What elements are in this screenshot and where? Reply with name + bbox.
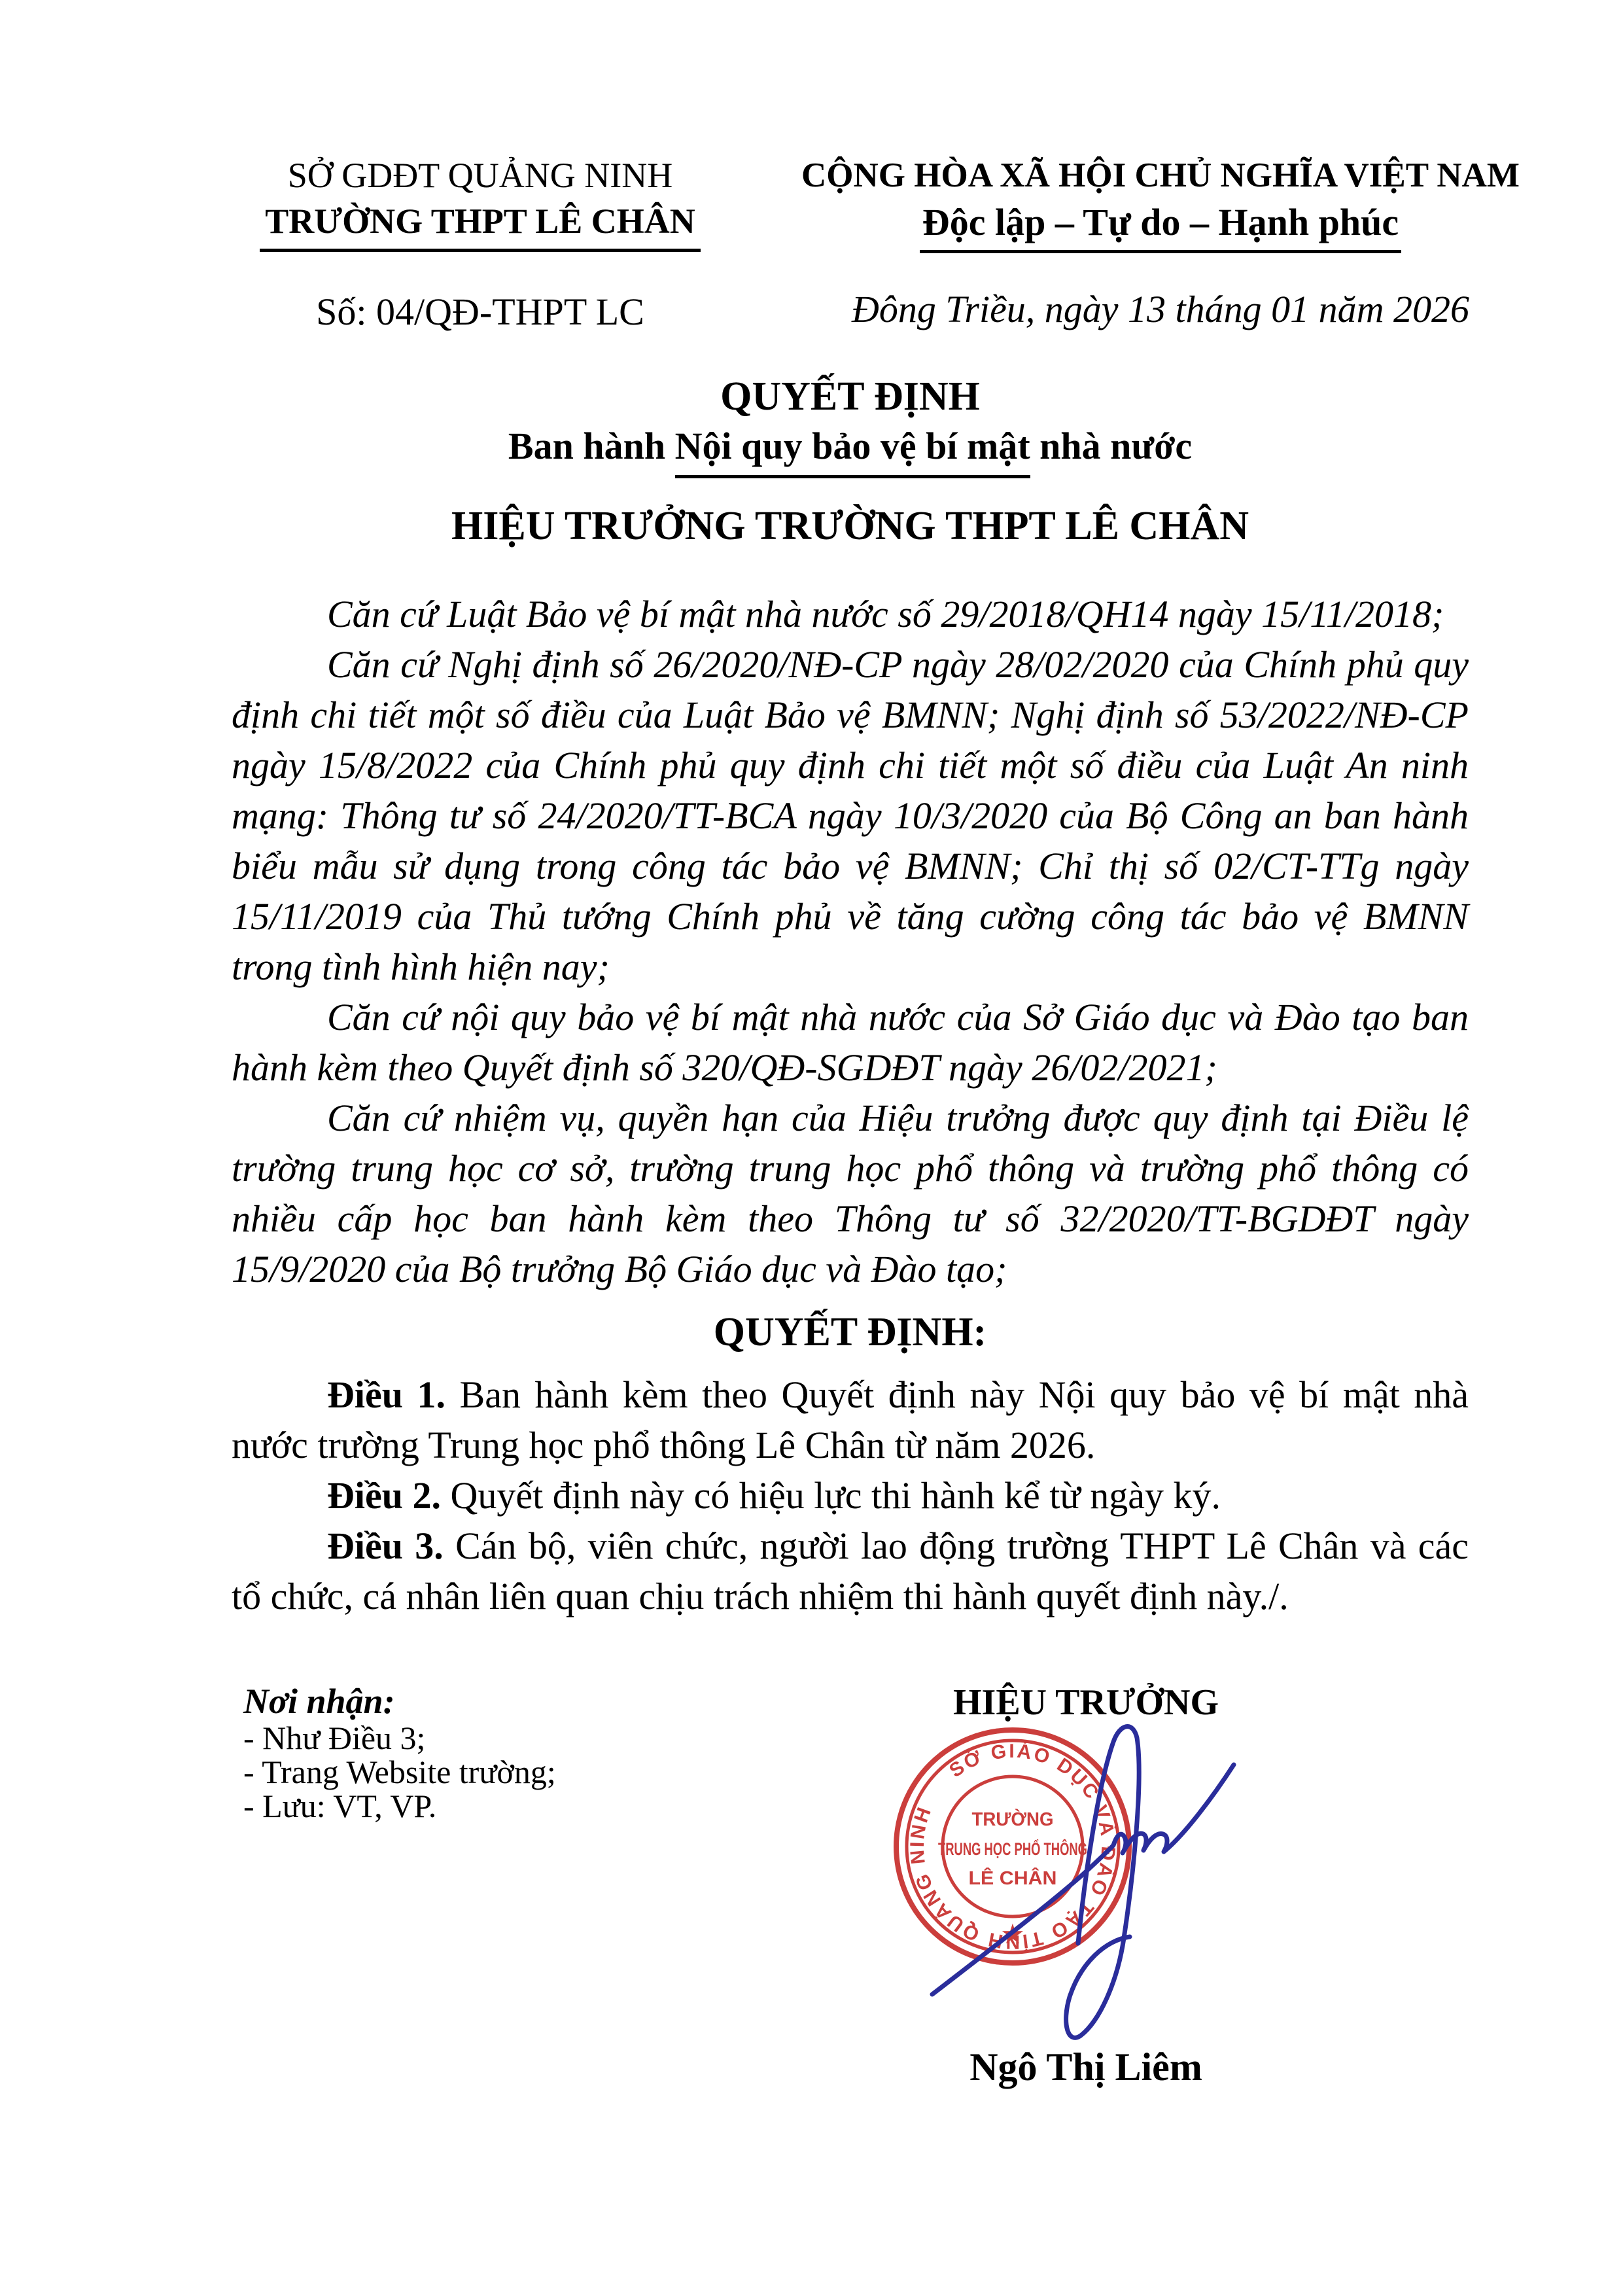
recipients-block: Nơi nhận: - Như Điều 3; - Trang Website …: [243, 1682, 556, 1823]
national-title: CỘNG HÒA XÃ HỘI CHỦ NGHĨA VIỆT NAM: [775, 154, 1546, 196]
school-org-name: TRƯỜNG THPT LÊ CHÂN: [218, 200, 742, 252]
preamble-paragraph: Căn cứ nhiệm vụ, quyền hạn của Hiệu trưở…: [232, 1093, 1469, 1294]
article-paragraph: Điều 3. Cán bộ, viên chức, người lao độn…: [232, 1521, 1469, 1621]
recipient-item: - Như Điều 3;: [243, 1721, 556, 1755]
seal-and-signature: SỞ GIÁO DỤC VÀ ĐÀO TẠO TỈNH QUẢNG NINH ★…: [811, 1682, 1400, 2100]
seal-center-line2: TRUNG HỌC PHỔ THÔNG: [938, 1839, 1087, 1859]
recipients-heading: Nơi nhận:: [243, 1682, 556, 1721]
national-motto: Độc lập – Tự do – Hạnh phúc: [775, 200, 1546, 253]
document-content: SỞ GDĐT QUẢNG NINH TRƯỜNG THPT LÊ CHÂN S…: [232, 154, 1469, 1621]
document-subject: Ban hành Nội quy bảo vệ bí mật nhà nước: [232, 423, 1469, 470]
seal-center-line1: TRƯỜNG: [972, 1808, 1054, 1830]
preamble-paragraph: Căn cứ Nghị định số 26/2020/NĐ-CP ngày 2…: [232, 639, 1469, 992]
document-page: SỞ GDĐT QUẢNG NINH TRƯỜNG THPT LÊ CHÂN S…: [0, 0, 1623, 2296]
seal-center-line3: LÊ CHÂN: [969, 1867, 1057, 1889]
article-label: Điều 1.: [327, 1373, 445, 1416]
subject-underlined: Nội quy bảo vệ bí mật: [675, 425, 1030, 478]
article-paragraph: Điều 1. Ban hành kèm theo Quyết định này…: [232, 1369, 1469, 1470]
title-block: QUYẾT ĐỊNH Ban hành Nội quy bảo vệ bí mậ…: [232, 373, 1469, 550]
parent-org-name: SỞ GDĐT QUẢNG NINH: [218, 154, 742, 196]
national-header-block: CỘNG HÒA XÃ HỘI CHỦ NGHĨA VIỆT NAM Độc l…: [775, 154, 1546, 332]
decision-heading: QUYẾT ĐỊNH:: [232, 1307, 1469, 1358]
issuer-title: HIỆU TRƯỞNG TRƯỜNG THPT LÊ CHÂN: [232, 503, 1469, 550]
preamble-paragraph: Căn cứ nội quy bảo vệ bí mật nhà nước củ…: [232, 992, 1469, 1093]
article-label: Điều 3.: [327, 1525, 444, 1567]
article-label: Điều 2.: [327, 1474, 441, 1517]
subject-prefix: Ban hành: [508, 425, 675, 467]
document-number: Số: 04/QĐ-THPT LC: [218, 290, 742, 334]
place-and-date: Đông Triều, ngày 13 tháng 01 năm 2026: [775, 287, 1546, 332]
subject-suffix: nhà nước: [1030, 425, 1192, 467]
school-seal-icon: SỞ GIÁO DỤC VÀ ĐÀO TẠO TỈNH QUẢNG NINH ★…: [862, 1697, 1162, 1996]
recipient-item: - Trang Website trường;: [243, 1755, 556, 1789]
issuing-org-block: SỞ GDĐT QUẢNG NINH TRƯỜNG THPT LÊ CHÂN S…: [218, 154, 742, 334]
preamble-paragraph: Căn cứ Luật Bảo vệ bí mật nhà nước số 29…: [232, 589, 1469, 639]
document-type-title: QUYẾT ĐỊNH: [232, 373, 1469, 420]
article-text: Quyết định này có hiệu lực thi hành kể t…: [441, 1474, 1221, 1517]
recipient-item: - Lưu: VT, VP.: [243, 1789, 556, 1823]
document-header: SỞ GDĐT QUẢNG NINH TRƯỜNG THPT LÊ CHÂN S…: [232, 154, 1469, 373]
article-paragraph: Điều 2. Quyết định này có hiệu lực thi h…: [232, 1470, 1469, 1521]
document-body: Căn cứ Luật Bảo vệ bí mật nhà nước số 29…: [232, 589, 1469, 1621]
